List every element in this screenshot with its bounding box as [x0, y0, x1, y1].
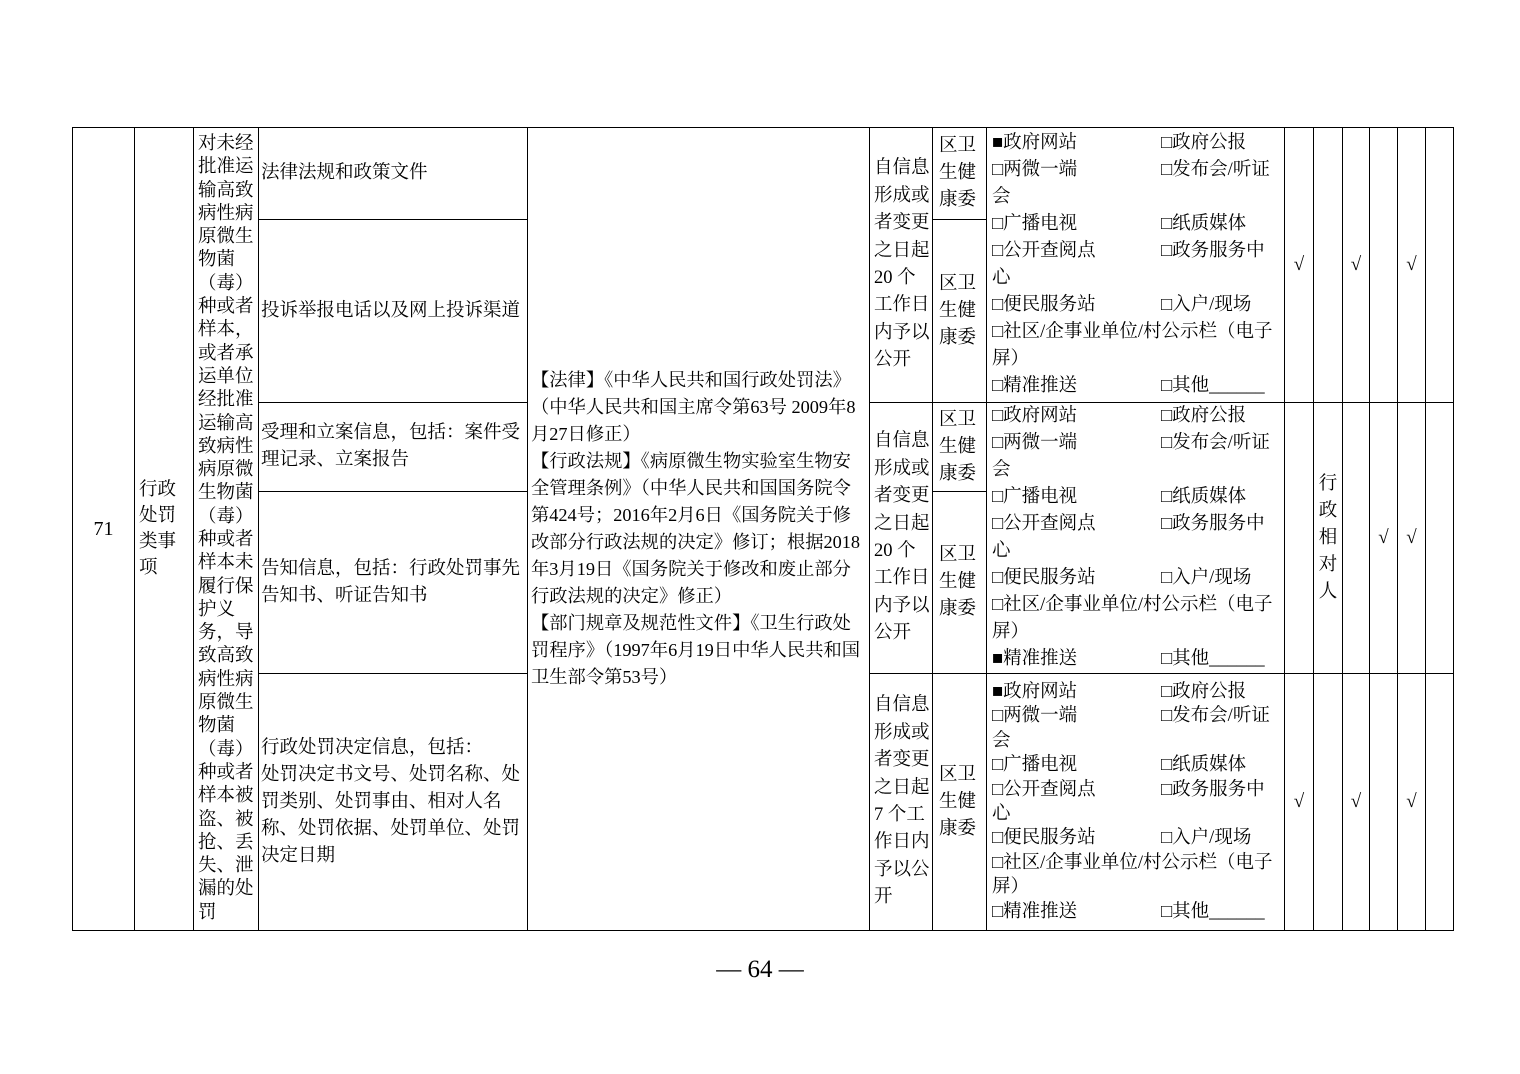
document-page: 71 行政处罚类事项 对未经批准运输高致病性病原微生物菌（毒）种或者样本，或者承… [0, 0, 1520, 1074]
mark-cell-b1-c6 [1426, 128, 1454, 403]
mark-cell-b3-c5: √ [1398, 674, 1426, 931]
channels-line: □社区/企事业单位/村公示栏（电子 [992, 851, 1284, 875]
channels-line: □社区/企事业单位/村公示栏（电子 [992, 319, 1284, 346]
disclosure-table: 71 行政处罚类事项 对未经批准运输高致病性病原微生物菌（毒）种或者样本，或者承… [72, 127, 1454, 931]
channel-option: 心 [992, 804, 1011, 824]
channel-option: □便民服务站 [992, 295, 1096, 315]
channels-line: □便民服务站□入户/现场 [992, 826, 1284, 850]
content-cell-5: 行政处罚决定信息，包括： 处罚决定书文号、处罚名称、处罚类别、处罚事由、相对人名… [259, 674, 528, 931]
channels-line: □精准推送□其他______ [992, 900, 1284, 924]
channels-line: □公开查阅点□政务服务中 [992, 778, 1284, 802]
channels-line: ■政府网站□政府公报 [992, 130, 1284, 157]
channel-option: □纸质媒体 [1161, 753, 1246, 777]
channels-line: □广播电视□纸质媒体 [992, 484, 1284, 511]
mark-cell-b1-c1: √ [1285, 128, 1314, 403]
channel-option: □发布会/听证 [1161, 157, 1270, 184]
channel-option: □精准推送 [992, 902, 1077, 922]
mark-cell-b3-c2 [1314, 674, 1343, 931]
channel-option: 屏） [992, 877, 1029, 897]
channel-option: ■政府网站 [992, 682, 1077, 702]
category-cell: 行政处罚类事项 [135, 128, 194, 931]
mark-cell-b2-c1 [1285, 403, 1314, 674]
channels-line: 屏） [992, 875, 1284, 899]
channels-line: □公开查阅点□政务服务中 [992, 511, 1284, 538]
content-cell-4: 告知信息，包括：行政处罚事先告知书、听证告知书 [259, 492, 528, 674]
legal-basis-regulation: 【行政法规】《病原微生物实验室生物安全管理条例》（中华人民共和国国务院令第424… [531, 448, 868, 610]
channel-option: □广播电视 [992, 487, 1077, 507]
channel-option: 屏） [992, 349, 1029, 369]
channel-option: □广播电视 [992, 755, 1077, 775]
channel-option: 会 [992, 187, 1011, 207]
channel-option: 会 [992, 731, 1011, 751]
seq-cell: 71 [73, 128, 135, 931]
mark-cell-b2-c5: √ [1398, 403, 1426, 674]
channels-cell-2: □政府网站□政府公报 □两微一端□发布会/听证 会 □广播电视□纸质媒体 □公开… [987, 403, 1285, 674]
channel-option: □精准推送 [992, 376, 1077, 396]
channel-option: □入户/现场 [1161, 826, 1251, 850]
channel-option: □政务服务中 [1161, 511, 1265, 538]
channel-option: ■政府网站 [992, 133, 1077, 153]
channels-line: □两微一端□发布会/听证 [992, 430, 1284, 457]
channel-option: □社区/企事业单位/村公示栏（电子 [992, 595, 1272, 615]
channels-line: 屏） [992, 619, 1284, 646]
channel-option: □公开查阅点 [992, 780, 1096, 800]
channels-line: ■精准推送□其他______ [992, 646, 1284, 673]
mark-cell-b3-c4 [1370, 674, 1398, 931]
channels-line: □社区/企事业单位/村公示栏（电子 [992, 592, 1284, 619]
channel-option: □公开查阅点 [992, 241, 1096, 261]
channels-cell-3: ■政府网站□政府公报 □两微一端□发布会/听证 会 □广播电视□纸质媒体 □公开… [987, 674, 1285, 931]
time-limit-cell-1: 自信息形成或者变更之日起20 个工作日内予以公开 [870, 128, 933, 403]
channel-option: □政务服务中 [1161, 778, 1265, 802]
mark-cell-b2-c4: √ [1370, 403, 1398, 674]
subject-cell-1: 区卫生健康委 [933, 128, 987, 220]
channels-line: 心 [992, 802, 1284, 826]
channel-option: □政府网站 [992, 406, 1077, 426]
channels-line: □政府网站□政府公报 [992, 403, 1284, 430]
channel-option: □社区/企事业单位/村公示栏（电子 [992, 322, 1272, 342]
channels-line: 心 [992, 538, 1284, 565]
channel-option: □两微一端 [992, 160, 1077, 180]
content-cell-3: 受理和立案信息，包括：案件受理记录、立案报告 [259, 403, 528, 492]
channels-line: 会 [992, 457, 1284, 484]
channel-option: □公开查阅点 [992, 514, 1096, 534]
channels-line: □广播电视□纸质媒体 [992, 753, 1284, 777]
channel-option: □政府公报 [1161, 680, 1246, 704]
channel-option: □纸质媒体 [1161, 484, 1246, 511]
legal-basis-cell: 【法律】《中华人民共和国行政处罚法》（中华人民共和国主席令第63号 2009年8… [528, 128, 870, 931]
subject-cell-2: 区卫生健康委 [933, 220, 987, 403]
audience-cell: 行政相对人 [1314, 403, 1343, 674]
channel-option: □其他______ [1161, 900, 1265, 924]
subject-cell-3: 区卫生健康委 [933, 403, 987, 492]
channel-option: □其他______ [1161, 646, 1265, 673]
channel-option: □两微一端 [992, 706, 1077, 726]
channels-line: □两微一端□发布会/听证 [992, 704, 1284, 728]
page-number: — 64 — [0, 956, 1520, 984]
channel-option: □入户/现场 [1161, 292, 1251, 319]
channel-option: 心 [992, 268, 1011, 288]
mark-cell-b1-c5: √ [1398, 128, 1426, 403]
channels-line: □精准推送□其他______ [992, 373, 1284, 400]
channels-line: 屏） [992, 346, 1284, 373]
mark-cell-b1-c2 [1314, 128, 1343, 403]
mark-cell-b1-c3: √ [1343, 128, 1370, 403]
channel-option: □纸质媒体 [1161, 211, 1246, 238]
channel-option: □入户/现场 [1161, 565, 1251, 592]
subject-cell-4: 区卫生健康委 [933, 492, 987, 674]
channels-line: 会 [992, 729, 1284, 753]
channels-line: ■政府网站□政府公报 [992, 680, 1284, 704]
channels-line: □便民服务站□入户/现场 [992, 565, 1284, 592]
content-cell-1: 法律法规和政策文件 [259, 128, 528, 220]
channel-option: 屏） [992, 622, 1029, 642]
channels-cell-1: ■政府网站□政府公报 □两微一端□发布会/听证 会 □广播电视□纸质媒体 □公开… [987, 128, 1285, 403]
channels-line: □便民服务站□入户/现场 [992, 292, 1284, 319]
content-cell-2: 投诉举报电话以及网上投诉渠道 [259, 220, 528, 403]
mark-cell-b3-c1: √ [1285, 674, 1314, 931]
mark-cell-b2-c6 [1426, 403, 1454, 674]
item-name-cell: 对未经批准运输高致病性病原微生物菌（毒）种或者样本，或者承运单位经批准运输高致病… [194, 128, 259, 931]
channel-option: □发布会/听证 [1161, 704, 1270, 728]
time-limit-cell-3: 自信息形成或者变更之日起7 个工作日内予以公开 [870, 674, 933, 931]
channel-option: □便民服务站 [992, 568, 1096, 588]
legal-basis-rules: 【部门规章及规范性文件】《卫生行政处罚程序》（1997年6月19日中华人民共和国… [531, 610, 868, 691]
channel-option: 心 [992, 541, 1011, 561]
channel-option: □政务服务中 [1161, 238, 1265, 265]
channel-option: □政府公报 [1161, 130, 1246, 157]
mark-cell-b2-c3 [1343, 403, 1370, 674]
channel-option: □便民服务站 [992, 828, 1096, 848]
channel-option: □社区/企事业单位/村公示栏（电子 [992, 853, 1272, 873]
mark-cell-b1-c4 [1370, 128, 1398, 403]
channels-line: 会 [992, 184, 1284, 211]
channel-option: ■精准推送 [992, 649, 1077, 669]
legal-basis-law: 【法律】《中华人民共和国行政处罚法》（中华人民共和国主席令第63号 2009年8… [531, 367, 868, 448]
channels-line: □公开查阅点□政务服务中 [992, 238, 1284, 265]
channel-option: □发布会/听证 [1161, 430, 1270, 457]
mark-cell-b3-c3: √ [1343, 674, 1370, 931]
channel-option: □其他______ [1161, 373, 1265, 400]
channels-line: □两微一端□发布会/听证 [992, 157, 1284, 184]
channel-option: □广播电视 [992, 214, 1077, 234]
time-limit-cell-2: 自信息形成或者变更之日起20 个工作日内予以公开 [870, 403, 933, 674]
channel-option: 会 [992, 460, 1011, 480]
channels-line: □广播电视□纸质媒体 [992, 211, 1284, 238]
subject-cell-5: 区卫生健康委 [933, 674, 987, 931]
channels-line: 心 [992, 265, 1284, 292]
channel-option: □两微一端 [992, 433, 1077, 453]
channel-option: □政府公报 [1161, 403, 1246, 430]
mark-cell-b3-c6 [1426, 674, 1454, 931]
